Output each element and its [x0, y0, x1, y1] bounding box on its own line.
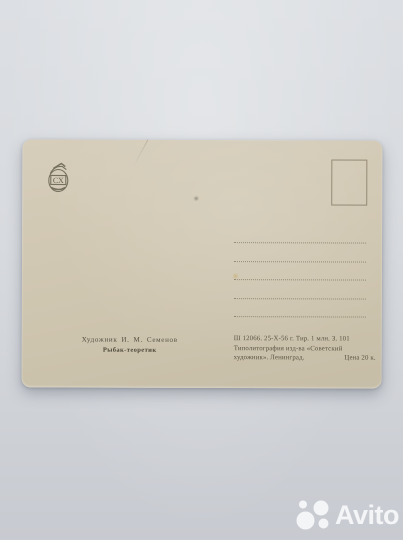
paper-stain	[232, 273, 239, 279]
postcard-back: СХ Художник И. М. Семенов Рыбак-теоретик…	[22, 139, 383, 388]
imprint-price: Цена 20 к.	[344, 353, 375, 363]
artist-union-emblem-icon: СХ	[46, 156, 70, 194]
ink-smudge	[193, 196, 199, 201]
address-line	[234, 260, 366, 262]
address-line	[234, 278, 366, 280]
address-lines	[234, 241, 366, 317]
address-line	[234, 241, 366, 243]
address-line	[234, 315, 366, 317]
address-line	[234, 297, 366, 299]
credits-block: Художник И. М. Семенов Рыбак-теоретик	[52, 335, 208, 353]
artwork-title-line: Рыбак-теоретик	[52, 346, 208, 354]
emblem-monogram: СХ	[53, 176, 64, 185]
artist-credit-line: Художник И. М. Семенов	[52, 335, 208, 344]
imprint-line-1: Ш 12066. 25-Х-56 г. Тир. 1 млн. З. 101	[234, 334, 376, 344]
avito-watermark: Avito	[296, 497, 399, 533]
watermark-brand-text: Avito	[335, 497, 399, 533]
imprint-line-2: Типолитография изд-ва «Советский	[234, 344, 376, 354]
imprint-block: Ш 12066. 25-Х-56 г. Тир. 1 млн. З. 101 Т…	[234, 334, 376, 363]
paper-crease	[133, 139, 148, 166]
avito-logo-icon	[296, 497, 332, 533]
stamp-box	[331, 159, 367, 205]
imprint-line-3: художник». Ленинград. Цена 20 к.	[234, 353, 376, 363]
imprint-line-3-left: художник». Ленинград.	[234, 353, 305, 363]
